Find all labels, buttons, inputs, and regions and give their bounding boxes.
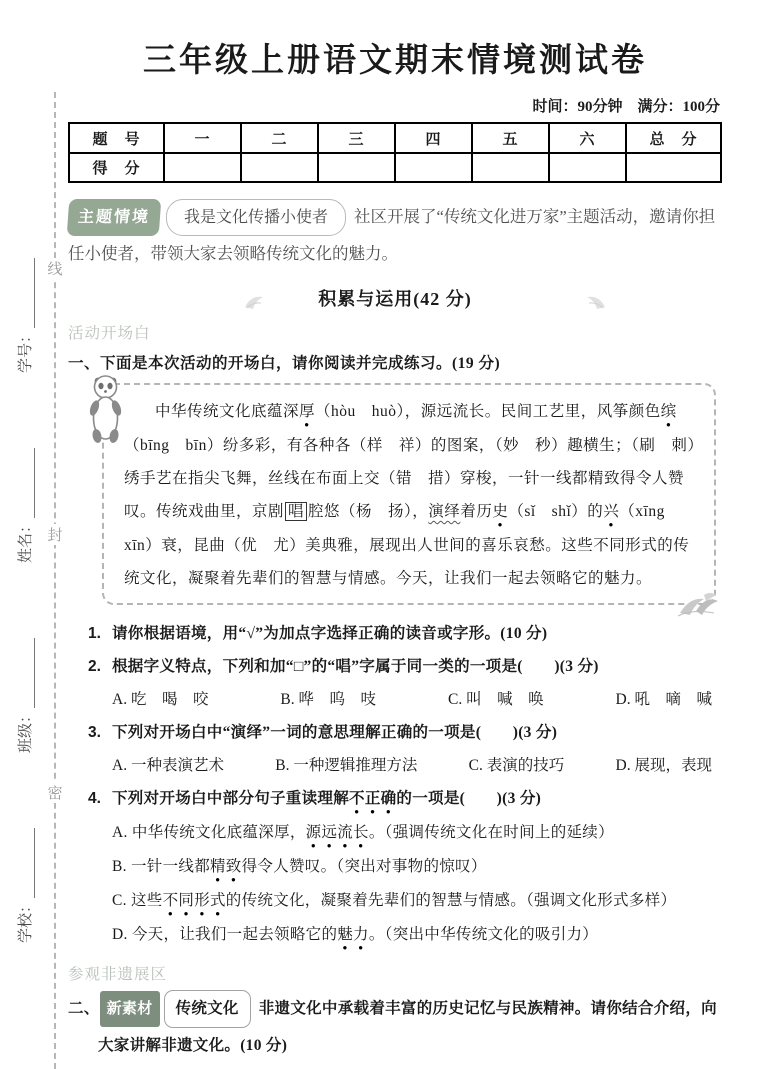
option-segment: B. 一针一线都 [112,858,210,875]
option: A. 一种表演艺术 [112,749,224,782]
score-col-7: 总 分 [626,123,721,153]
option: B. 哗 呜 吱 [280,683,376,716]
passage-segment: 唱 [285,502,307,521]
stem-segment: 下列对开场白中“演绎”一词的意思理解正确的一项是( )(3 分) [112,724,557,741]
option-segment: D. 今天，让我们一起去领略它的 [112,926,337,943]
exam-page: 学校：班级：姓名：学号： 线封密 三年级上册语文期末情境测试卷 时间：90分钟 … [0,0,780,1069]
option-segment: 不同形式 [163,892,226,909]
score-row-label: 得 分 [69,153,164,182]
score-cell [549,153,626,182]
score-table-value-row: 得 分 [69,153,721,182]
passage-segment: 演绎 [428,503,460,520]
option: D. 展现，表现 [616,749,712,782]
leaf-doodle-icon [674,589,720,619]
question-number: 4. [88,782,112,816]
stem-segment: 下列对开场白中部分句子重读理解 [112,790,349,807]
score-cell [318,153,395,182]
passage-segment: 厚 [299,403,315,420]
passage-segment: 着历 [460,503,492,520]
option-segment: A. 中华传统文化底蕴深厚， [112,824,306,841]
stem-segment: 请你根据语境，用“√”为加点字选择正确的读音或字形。(10 分) [112,625,547,642]
question-number: 3. [88,716,112,749]
exam-meta: 时间：90分钟 满分：100分 [68,95,720,116]
option: C. 表演的技巧 [469,749,565,782]
passage-segment: 缤 [661,403,677,420]
section-heading-wrap: 积累与运用(42 分) [68,285,722,311]
option: B. 一针一线都精致得令人赞叹。（突出对事物的惊叹） [112,850,722,884]
leaf-decoration-icon [585,293,607,311]
option: C. 这些不同形式的传统文化，凝聚着先辈们的智慧与情感。（强调文化形式多样） [112,884,722,918]
option: D. 今天，让我们一起去领略它的魅力。（突出中华传统文化的吸引力） [112,918,722,952]
option: B. 一种逻辑推理方法 [275,749,417,782]
activity-label-opening: 活动开场白 [68,321,722,343]
question-row-3: 3.下列对开场白中“演绎”一词的意思理解正确的一项是( )(3 分) [88,716,722,749]
stem-segment: 的一项是( )(3 分) [396,790,541,807]
question-options: A. 一种表演艺术B. 一种逻辑推理方法C. 表演的技巧D. 展现，表现 [112,749,712,782]
question-stem: 请你根据语境，用“√”为加点字选择正确的读音或字形。(10 分) [112,617,547,650]
score-col-3: 三 [318,123,395,153]
option-segment: 。（突出中华传统文化的吸引力） [369,926,598,943]
question-options: A. 吃 喝 咬B. 哗 呜 吱C. 叫 喊 唤D. 吼 嘀 喊 [112,683,712,716]
question-stem: 下列对开场白中部分句子重读理解不正确的一项是( )(3 分) [112,782,541,816]
score-col-1: 一 [164,123,241,153]
question2-number: 二、 [68,1000,100,1017]
passage-segment: 腔悠（杨 扬）， [308,503,428,520]
passage-segment: 中华传统文化底蕴深 [155,403,299,420]
leaf-decoration-icon [243,293,265,311]
page-title: 三年级上册语文期末情境测试卷 [68,34,722,81]
score-col-2: 二 [241,123,318,153]
score-col-6: 六 [549,123,626,153]
theme-badge: 主题情境 [67,199,162,236]
score-cell [164,153,241,182]
subtitle-pill: 我是文化传播小使者 [166,199,346,236]
score-col-4: 四 [395,123,472,153]
option-segment: 。（强调传统文化在时间上的延续） [369,824,614,841]
option-segment: 的传统文化，凝聚着先辈们的智慧与情感。（强调文化形式多样） [226,892,676,909]
stem-segment: 根据字义特点，下列和加“□”的“唱”字属于同一类的一项是( )(3 分) [112,658,599,675]
option-segment: 源远流长 [306,824,369,841]
score-cell [241,153,318,182]
score-table-header-row: 题 号一二三四五六总 分 [69,123,721,153]
passage-segment: （sǐ shǐ）的 [508,503,603,520]
question1-intro: 一、下面是本次活动的开场白，请你阅读并完成练习。(19 分) [68,351,722,373]
option: A. 中华传统文化底蕴深厚，源远流长。（强调传统文化在时间上的延续） [112,816,722,850]
option: A. 吃 喝 咬 [112,683,208,716]
question-stem: 根据字义特点，下列和加“□”的“唱”字属于同一类的一项是( )(3 分) [112,650,599,683]
passage-segment: （hòu huò），源远流长。民间工艺里，风筝颜色 [315,403,661,420]
question-row-1: 1.请你根据语境，用“√”为加点字选择正确的读音或字形。(10 分) [88,617,722,650]
passage-box: 中华传统文化底蕴深厚（hòu huò），源远流长。民间工艺里，风筝颜色缤（bīn… [102,383,716,605]
score-cell [472,153,549,182]
option: C. 叫 喊 唤 [448,683,544,716]
traditional-culture-badge: 传统文化 [164,990,251,1028]
stem-segment: 不正确 [349,790,396,807]
section1-heading: 积累与运用(42 分) [318,285,472,311]
panda-icon [88,373,122,447]
option-segment: 精致 [210,858,242,875]
option-segment: 得令人赞叹。（突出对事物的惊叹） [242,858,487,875]
score-table: 题 号一二三四五六总 分 得 分 [68,122,722,183]
passage-segment: 兴 [603,503,619,520]
score-cell [395,153,472,182]
question-number: 2. [88,650,112,683]
score-col-5: 五 [472,123,549,153]
opening-passage: 中华传统文化底蕴深厚（hòu huò），源远流长。民间工艺里，风筝颜色缤（bīn… [124,395,698,595]
score-cell [626,153,721,182]
option-segment: C. 这些 [112,892,163,909]
question-number: 1. [88,617,112,650]
activity-label-exhibit: 参观非遗展区 [68,962,722,984]
option: D. 吼 嘀 喊 [616,683,712,716]
question-stem: 下列对开场白中“演绎”一词的意思理解正确的一项是( )(3 分) [112,716,557,749]
option-segment: 魅力 [337,926,369,943]
question-row-4: 4.下列对开场白中部分句子重读理解不正确的一项是( )(3 分) [88,782,722,816]
question2-intro: 二、新素材传统文化非遗文化中承载着丰富的历史记忆与民族精神。请你结合介绍，向大家… [68,990,722,1064]
passage-segment: 史 [492,503,508,520]
new-material-badge: 新素材 [100,991,160,1027]
score-col-0: 题 号 [69,123,164,153]
theme-intro: 主题情境我是文化传播小使者社区开展了“传统文化进万家”主题活动，邀请你担任小使者… [68,199,722,271]
question-list: 1.请你根据语境，用“√”为加点字选择正确的读音或字形。(10 分)2.根据字义… [68,617,722,952]
question-row-2: 2.根据字义特点，下列和加“□”的“唱”字属于同一类的一项是( )(3 分) [88,650,722,683]
exam-content: 三年级上册语文期末情境测试卷 时间：90分钟 满分：100分 题 号一二三四五六… [0,0,780,1064]
